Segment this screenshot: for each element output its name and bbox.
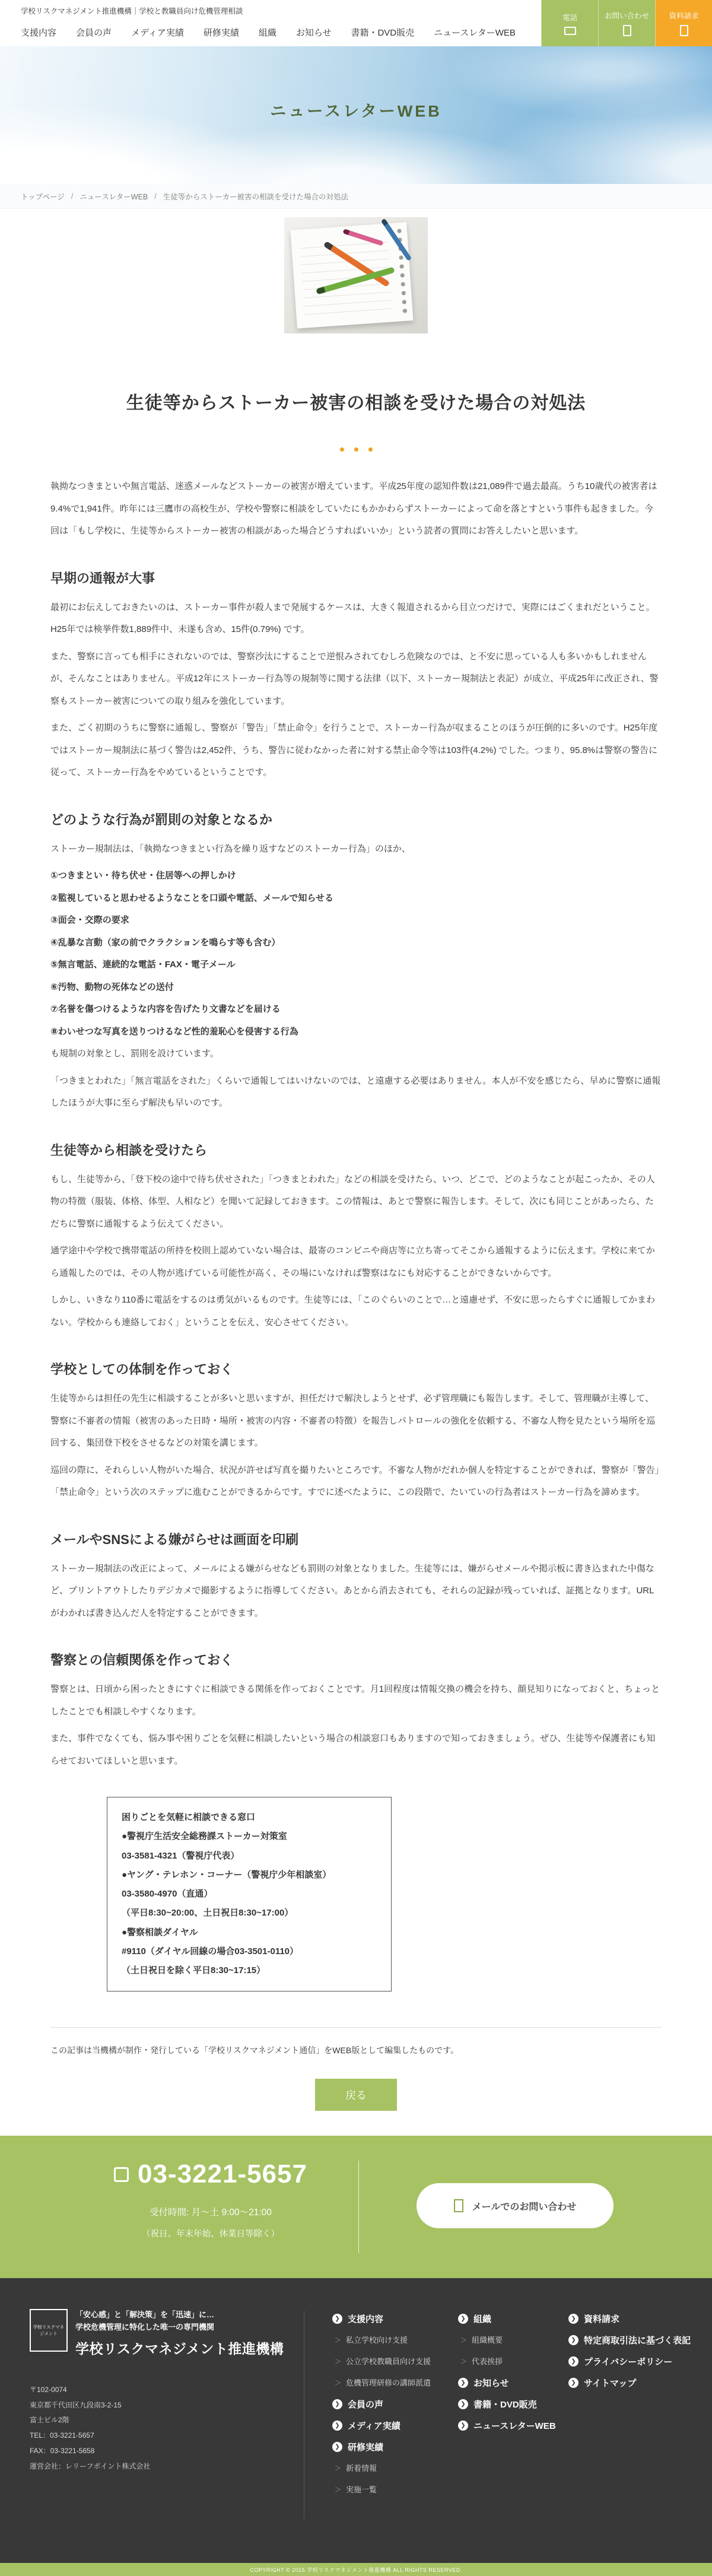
paragraph: しかし、いきなり110番に電話をするのは勇気がいるものです。生徒等には、「このぐ…: [50, 1289, 662, 1333]
header-buttons: 電話お問い合わせ資料請求: [541, 0, 712, 46]
address-line: 東京都千代田区九段南3-2-15: [30, 2398, 291, 2413]
circle-arrow-icon: ❯: [458, 2399, 468, 2409]
footer-tagline-2: 学校危機管理に特化した唯一の専門機関: [75, 2321, 284, 2334]
circle-arrow-icon: ❯: [458, 2314, 468, 2324]
chevron-right-icon: ＞: [335, 2356, 341, 2366]
circle-arrow-icon: ❯: [332, 2442, 342, 2452]
circle-arrow-icon: ❯: [458, 2378, 468, 2388]
article-section: メールやSNSによる嫌がらせは画面を印刷ストーカー規制法の改正によって、メールに…: [50, 1530, 662, 1625]
breadcrumb-item[interactable]: トップページ: [21, 191, 65, 202]
info-box-line: 困りごとを気軽に相談できる窓口: [122, 1808, 377, 1827]
footer-logo[interactable]: 学校リスクマネジメント: [30, 2309, 68, 2352]
info-box-line: #9110（ダイヤル回線の場合03-3501-0110）: [122, 1942, 377, 1961]
footer-nav-header[interactable]: ❯メディア実績: [332, 2419, 451, 2432]
paragraph: また、警察に言っても相手にされないのでは、警察沙汰にすることで逆恨みされてむしろ…: [50, 646, 662, 713]
circle-arrow-icon: ❯: [568, 2378, 578, 2388]
circle-arrow-icon: ❯: [568, 2335, 578, 2345]
dot-icon: [368, 447, 373, 452]
footer-nav-header-label: プライバシーポリシー: [584, 2355, 672, 2368]
article-title: 生徒等からストーカー被害の相談を受けた場合の対処法: [50, 388, 662, 414]
footer-nav-header[interactable]: ❯サイトマップ: [568, 2377, 708, 2389]
dot-icon: [354, 447, 358, 452]
footer-nav-sub-label: 私立学校向け支援: [346, 2334, 408, 2345]
article-section: 生徒等から相談を受けたらもし、生徒等から、「登下校の途中で待ち伏せされた」「つき…: [50, 1141, 662, 1334]
chevron-right-icon: ＞: [335, 2378, 341, 2387]
footer-nav-sub-label: 実施一覧: [346, 2483, 377, 2495]
page-title: ニュースレターWEB: [0, 98, 712, 121]
back-button-wrap: 戻る: [50, 2079, 662, 2111]
footer-nav-column-3: ❯資料請求❯特定商取引法に基づく表記❯プライバシーポリシー❯サイトマップ: [568, 2307, 708, 2398]
address-line: 富士ビル2階: [30, 2413, 291, 2428]
chevron-right-icon: ＞: [460, 2356, 467, 2366]
footer-divider: [304, 2311, 304, 2520]
article-sections: 早期の通報が大事最初にお伝えしておきたいのは、ストーカー事件が殺人まで発展するケ…: [50, 568, 662, 1773]
section-heading: 警察との信頼関係を作っておく: [50, 1650, 662, 1669]
circle-arrow-icon: ❯: [332, 2399, 342, 2409]
footer-nav-sub-label: 公立学校教職員向け支援: [346, 2355, 431, 2367]
footer-nav-header-label: サイトマップ: [584, 2377, 636, 2389]
footer-nav-sub-item[interactable]: ＞新着情報: [335, 2462, 451, 2473]
article-section: どのような行為が罰則の対象となるかストーカー規制法は、「執拗なつきまとい行為を繰…: [50, 810, 662, 1114]
section-heading: 学校としての体制を作っておく: [50, 1360, 662, 1378]
footer-nav-sub-item[interactable]: ＞危機管理研修の講師派遣: [335, 2377, 451, 2388]
section-heading: メールやSNSによる嫌がらせは画面を印刷: [50, 1530, 662, 1548]
footer-nav-header-label: 研修実績: [348, 2441, 383, 2453]
info-box-line: ●警視庁生活安全総務課ストーカー対策室: [122, 1827, 377, 1846]
circle-arrow-icon: ❯: [568, 2314, 578, 2324]
header-button-phone[interactable]: 電話: [541, 0, 598, 46]
footer-address: 〒102-0074東京都千代田区九段南3-2-15富士ビル2階TEL：03-32…: [30, 2383, 291, 2475]
footer-nav-sub-item[interactable]: ＞組織概要: [460, 2334, 565, 2345]
footer-nav-column-2: ❯組織＞組織概要＞代表挨拶❯お知らせ❯書籍・DVD販売❯ニュースレターWEB: [458, 2307, 565, 2441]
footer-nav-header-label: 組織: [473, 2313, 491, 2325]
chevron-right-icon: ＞: [335, 2463, 341, 2473]
footer-nav-sub-label: 新着情報: [346, 2462, 377, 2473]
contact-phone-block: 03-3221-5657 受付時間: 月～土 9:00～21:00 （祝日、年末…: [101, 2159, 320, 2240]
mail-icon: [623, 25, 631, 36]
footer-nav-header[interactable]: ❯ニュースレターWEB: [458, 2419, 565, 2432]
paragraph: もし、生徒等から、「登下校の途中で待ち伏せされた」「つきまとわれた」などの相談を…: [50, 1168, 662, 1235]
header-button-label: 電話: [562, 12, 577, 23]
nav-item[interactable]: 会員の声: [76, 26, 112, 39]
paragraph: ストーカー規制法の改正によって、メールによる嫌がらせなども罰則の対象となりました…: [50, 1558, 662, 1625]
footer-nav-header[interactable]: ❯お知らせ: [458, 2377, 565, 2389]
penalty-list-item: ⑧わいせつな写真を送りつけるなど性的羞恥心を侵害する行為: [50, 1021, 662, 1043]
nav-item[interactable]: 書籍・DVD販売: [351, 26, 414, 39]
paragraph: また、ごく初期のうちに警察に通報し、警察が「警告」「禁止命令」を行うことで、スト…: [50, 717, 662, 784]
breadcrumb: トップページ/ニュースレターWEB/生徒等からストーカー被害の相談を受けた場合の…: [0, 184, 712, 209]
footer-nav-header-label: 会員の声: [348, 2398, 383, 2410]
paragraph: も規制の対象とし、罰則を設けています。: [50, 1043, 662, 1065]
footer-company-block: 学校リスクマネジメント 「安心感」と「解決策」を「迅速」に… 学校危機管理に特化…: [30, 2309, 291, 2474]
site-header: 学校リスクマネジメント推進機構｜学校と教職員向け危機管理相談 支援内容会員の声メ…: [0, 0, 712, 46]
address-line: TEL：03-3221-5657: [30, 2428, 291, 2444]
penalty-list-item: ⑥汚物、動物の死体などの送付: [50, 976, 662, 999]
divider: [50, 2027, 662, 2028]
footer-nav-header-label: お知らせ: [473, 2377, 509, 2389]
nav-item[interactable]: 研修実績: [204, 26, 239, 39]
phone-row: 03-3221-5657: [101, 2159, 320, 2189]
footer-nav-header-label: ニュースレターWEB: [473, 2419, 556, 2432]
nav-item[interactable]: メディア実績: [131, 26, 184, 39]
contact-hours: 受付時間: 月～土 9:00～21:00: [101, 2205, 320, 2218]
footer-nav-header[interactable]: ❯組織: [458, 2313, 565, 2325]
penalty-list-item: ④乱暴な言動（家の前でクラクションを鳴らす等も含む）: [50, 932, 662, 954]
chevron-right-icon: ＞: [460, 2335, 467, 2345]
info-box-line: 03-3580-4970（直通）: [122, 1885, 377, 1904]
footer-nav-sub-item[interactable]: ＞代表挨拶: [460, 2355, 565, 2367]
article-section: 早期の通報が大事最初にお伝えしておきたいのは、ストーカー事件が殺人まで発展するケ…: [50, 568, 662, 784]
phone-icon: [564, 27, 576, 35]
breadcrumb-item: 生徒等からストーカー被害の相談を受けた場合の対処法: [163, 191, 348, 202]
circle-arrow-icon: ❯: [568, 2356, 578, 2367]
address-line: FAX：03-3221-5658: [30, 2444, 291, 2459]
paragraph: 生徒等からは担任の先生に相談することが多いと思いますが、担任だけで解決しようとせ…: [50, 1387, 662, 1454]
paragraph: 最初にお伝えしておきたいのは、ストーカー事件が殺人まで発展するケースは、大きく報…: [50, 596, 662, 641]
footer-nav-header-label: 支援内容: [348, 2313, 383, 2325]
article-image-wrap: [50, 217, 662, 333]
footer-nav-header[interactable]: ❯資料請求: [568, 2313, 708, 2325]
footer-nav-sub-item[interactable]: ＞公立学校教職員向け支援: [335, 2355, 451, 2367]
nav-item[interactable]: ニュースレターWEB: [434, 26, 516, 39]
paragraph: 巡回の際に、それらしい人物がいた場合、状況が許せば写真を撮りたいところです。不審…: [50, 1459, 662, 1504]
dots-separator: [50, 447, 662, 452]
footer-nav-header-label: 書籍・DVD販売: [473, 2398, 537, 2410]
footer-nav-header-label: 特定商取引法に基づく表記: [584, 2334, 691, 2346]
article-note: この記事は当機構が制作・発行している「学校リスクマネジメント通信」をWEB版とし…: [50, 2044, 662, 2056]
article-section: 学校としての体制を作っておく生徒等からは担任の先生に相談することが多いと思います…: [50, 1360, 662, 1504]
footer-nav-sub-label: 危機管理研修の講師派遣: [346, 2377, 431, 2388]
info-box-line: 03-3581-4321（警視庁代表）: [122, 1847, 377, 1866]
copyright-bar: COPYRIGHT © 2015 学校リスクマネジメント推進機構 ALL RIG…: [0, 2563, 712, 2576]
circle-arrow-icon: ❯: [332, 2314, 342, 2324]
paragraph: 通学途中や学校で携帯電話の所持を校則上認めていない場合は、最寄のコンビニや商店等…: [50, 1240, 662, 1284]
nav-item[interactable]: お知らせ: [296, 26, 332, 39]
contact-hours-note: （祝日、年末年始、休業日等除く）: [101, 2227, 320, 2240]
footer-taglines: 「安心感」と「解決策」を「迅速」に… 学校危機管理に特化した唯一の専門機関 学校…: [75, 2309, 284, 2358]
header-button-label: お問い合わせ: [605, 10, 649, 21]
vertical-divider: [358, 2161, 359, 2253]
back-button[interactable]: 戻る: [315, 2079, 397, 2111]
footer-nav-header[interactable]: ❯支援内容: [332, 2313, 451, 2325]
footer-nav-header[interactable]: ❯書籍・DVD販売: [458, 2398, 565, 2410]
footer-nav-header[interactable]: ❯会員の声: [332, 2398, 451, 2410]
phone-icon: [114, 2167, 129, 2182]
address-line: 〒102-0074: [30, 2383, 291, 2398]
circle-arrow-icon: ❯: [332, 2421, 342, 2431]
footer-nav-header-label: 資料請求: [584, 2313, 619, 2325]
penalty-list-item: ⑤無言電話、連続的な電話・FAX・電子メール: [50, 954, 662, 976]
paragraph: 警察とは、日頃から困ったときにすぐに相談できる関係を作っておくことです。月1回程…: [50, 1678, 662, 1723]
hero-banner: ニュースレターWEB: [0, 46, 712, 184]
chevron-right-icon: ＞: [335, 2335, 341, 2345]
section-heading: どのような行為が罰則の対象となるか: [50, 810, 662, 828]
info-box-line: （土日祝日を除く平日8:30~17:15）: [122, 1961, 377, 1980]
footer-nav-sub-item[interactable]: ＞私立学校向け支援: [335, 2334, 451, 2345]
footer-tagline-1: 「安心感」と「解決策」を「迅速」に…: [75, 2309, 284, 2321]
paragraph: また、事件でなくても、悩み事や困りごとを気軽に相談したいという場合の相談窓口もあ…: [50, 1727, 662, 1772]
breadcrumb-separator: /: [154, 192, 156, 201]
paragraph: ストーカー規制法は、「執拗なつきまとい行為を繰り返すなどのストーカー行為」のほか…: [50, 838, 662, 860]
header-button-mail[interactable]: お問い合わせ: [598, 0, 655, 46]
penalty-list-item: ①つきまとい・待ち伏せ・住居等への押しかけ: [50, 865, 662, 887]
mail-contact-label: メールでのお問い合わせ: [472, 2199, 577, 2213]
footer-nav-sub-label: 代表挨拶: [472, 2355, 503, 2367]
footer-nav-header[interactable]: ❯特定商取引法に基づく表記: [568, 2334, 708, 2346]
footer-nav-header[interactable]: ❯プライバシーポリシー: [568, 2355, 708, 2368]
address-line: 運営会社：レリーフポイント株式会社: [30, 2459, 291, 2475]
header-button-document[interactable]: 資料請求: [655, 0, 712, 46]
phone-number: 03-3221-5657: [138, 2159, 307, 2189]
article-intro: 執拗なつきまといや無言電話、迷惑メールなどストーカーの被害が増えています。平成2…: [50, 475, 662, 542]
article-section: 警察との信頼関係を作っておく警察とは、日頃から困ったときにすぐに相談できる関係を…: [50, 1650, 662, 1772]
section-heading: 生徒等から相談を受けたら: [50, 1141, 662, 1159]
nav-item[interactable]: 支援内容: [21, 26, 56, 39]
footer-nav-sub-label: 組織概要: [472, 2334, 503, 2345]
mail-icon: [454, 2199, 463, 2212]
penalty-list-item: ③面会・交際の要求: [50, 909, 662, 932]
info-box-line: ●ヤング・テレホン・コーナー（警視庁少年相談室）: [122, 1866, 377, 1885]
info-box-line: ●警察相談ダイヤル: [122, 1923, 377, 1942]
footer-brand: 学校リスクマネジメント 「安心感」と「解決策」を「迅速」に… 学校危機管理に特化…: [30, 2309, 291, 2358]
penalty-list-item: ⑦名誉を傷つけるような内容を告げたり文書などを届ける: [50, 998, 662, 1021]
header-button-label: 資料請求: [669, 10, 698, 21]
footer-org-name: 学校リスクマネジメント推進機構: [75, 2338, 284, 2358]
footer-nav-column-1: ❯支援内容＞私立学校向け支援＞公立学校教職員向け支援＞危機管理研修の講師派遣❯会…: [332, 2307, 451, 2505]
notebook-photo: [284, 217, 428, 333]
paragraph: 「つきまとわれた」「無言電話をされた」くらいで通報してはいけないのでは、と遠慮す…: [50, 1070, 662, 1114]
info-box-line: （平日8:30~20:00、土日祝日8:30~17:00）: [122, 1904, 377, 1923]
footer-nav-header[interactable]: ❯研修実績: [332, 2441, 451, 2453]
document-icon: [680, 25, 688, 36]
consultation-info-box: 困りごとを気軽に相談できる窓口●警視庁生活安全総務課ストーカー対策室03-358…: [107, 1797, 392, 1991]
copyright-text: COPYRIGHT © 2015 学校リスクマネジメント推進機構 ALL RIG…: [250, 2566, 462, 2574]
chevron-right-icon: ＞: [335, 2485, 341, 2494]
contact-band: 03-3221-5657 受付時間: 月～土 9:00～21:00 （祝日、年末…: [0, 2136, 712, 2278]
nav-item[interactable]: 組織: [259, 26, 276, 39]
footer-nav-header-label: メディア実績: [348, 2419, 401, 2432]
site-footer: 学校リスクマネジメント 「安心感」と「解決策」を「迅速」に… 学校危機管理に特化…: [0, 2278, 712, 2563]
breadcrumb-separator: /: [71, 192, 73, 201]
dot-icon: [340, 447, 344, 452]
main-nav: 支援内容会員の声メディア実績研修実績組織お知らせ書籍・DVD販売ニュースレターW…: [21, 26, 516, 39]
footer-nav-sub-item[interactable]: ＞実施一覧: [335, 2483, 451, 2495]
penalty-list-item: ②監視していると思わせるようなことを口頭や電話、メールで知らせる: [50, 887, 662, 910]
breadcrumb-item[interactable]: ニュースレターWEB: [80, 191, 148, 202]
site-title: 学校リスクマネジメント推進機構｜学校と教職員向け危機管理相談: [21, 5, 243, 16]
article: 生徒等からストーカー被害の相談を受けた場合の対処法 執拗なつきまといや無言電話、…: [50, 209, 662, 2111]
section-heading: 早期の通報が大事: [50, 568, 662, 587]
mail-contact-button[interactable]: メールでのお問い合わせ: [417, 2183, 614, 2228]
circle-arrow-icon: ❯: [458, 2421, 468, 2431]
